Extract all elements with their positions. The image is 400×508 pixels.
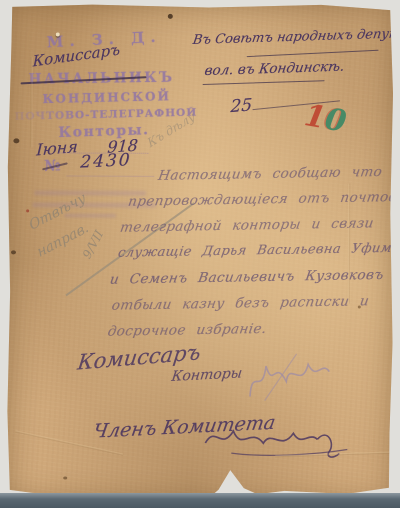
scanned-letter-page: М. З. Д. Комиссаръ НАЧАЛЬНИКЪ КОНДИНСКОЙ… — [5, 2, 395, 502]
stain-speck — [63, 477, 67, 480]
address-line-1: Въ Совѣтъ народныхъ депутатовъ — [192, 25, 400, 48]
body-line: отбыли казну безъ расписки и — [111, 293, 371, 314]
body-line: телеграфной конторы и связи — [119, 215, 375, 235]
green-digit: 0 — [322, 102, 349, 140]
stamp-office-type: ПОЧТОВО-ТЕЛЕГРАФНОЙ — [14, 107, 197, 123]
scanner-background-band — [0, 493, 400, 508]
address-line-2: вол. въ Кондинскѣ. — [203, 59, 345, 79]
crease-line — [348, 184, 350, 304]
number-25: 25 — [230, 95, 253, 117]
paper-hole — [56, 32, 60, 36]
edge-damage-spot — [13, 138, 19, 143]
address-underline-2 — [203, 80, 325, 85]
faint-stamp-text-row — [64, 214, 116, 218]
edge-damage-spot — [11, 250, 16, 254]
signature-flourish-commissar — [238, 341, 337, 411]
stamp-number-rule — [66, 176, 154, 177]
paper-hole — [168, 14, 173, 19]
red-speck — [26, 209, 29, 212]
crease-line — [30, 57, 32, 147]
colored-number-10: 10 — [302, 98, 349, 140]
body-line: служащіе Дарья Васильевна Уфимцева — [117, 240, 400, 260]
body-line: препровождающіеся отъ почтово- — [127, 189, 400, 210]
stamp-office-name: КОНДИНСКОЙ — [42, 89, 171, 106]
address-underline-1 — [247, 50, 379, 58]
body-line: и Семенъ Васильевичъ Кузовковъ — [109, 267, 385, 288]
closing-office: Конторы — [171, 365, 244, 385]
signature-flourish-member — [201, 417, 351, 466]
stain-speck — [358, 306, 361, 309]
body-line: Настоящимъ сообщаю что — [157, 164, 383, 184]
doc-number: 2430 — [80, 150, 132, 173]
body-line: досрочное избраніе. — [106, 321, 267, 340]
